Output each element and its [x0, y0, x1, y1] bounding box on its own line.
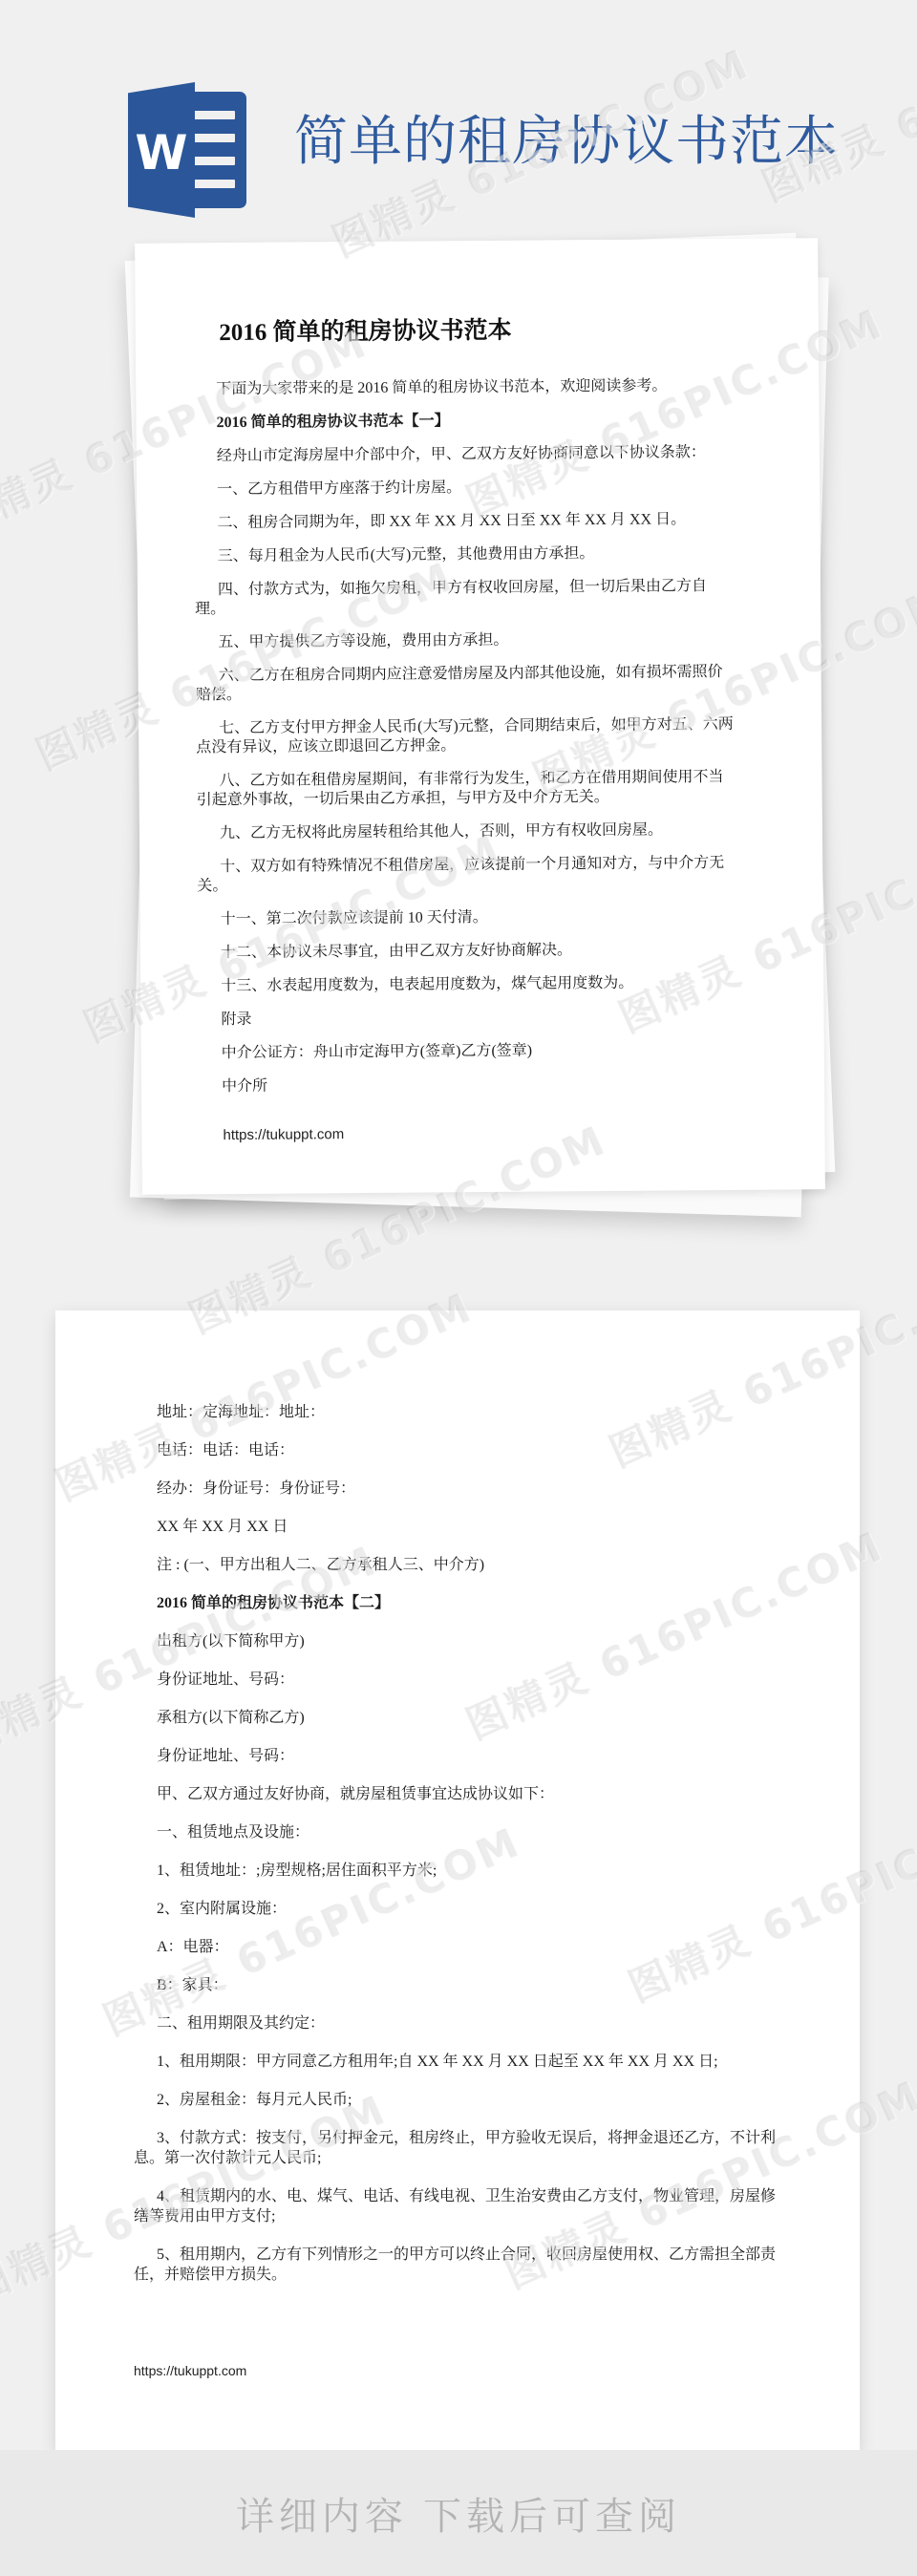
paragraph: 甲、乙双方通过友好协商，就房屋租赁事宜达成协议如下： — [134, 1784, 785, 1804]
paragraph: 下面为大家带来的是 2016 简单的租房协议书范本，欢迎阅读参考。 — [193, 376, 733, 399]
page-footer-url: https://tukuppt.com — [134, 2363, 246, 2378]
paragraph: 十一、第二次付款应该提前 10 天付清。 — [198, 906, 737, 929]
paragraph: 一、租赁地点及设施： — [134, 1822, 785, 1842]
paragraph: 九、乙方无权将此房屋转租给其他人，否则，甲方有权收回房屋。 — [197, 820, 736, 843]
paragraph: 附录 — [198, 1007, 737, 1030]
word-flag-glyph: W — [128, 82, 195, 218]
paragraph: 中介所 — [199, 1074, 738, 1096]
paragraph: 出租方(以下简称甲方) — [134, 1631, 785, 1651]
page-title: 简单的租房协议书范本 — [294, 99, 839, 176]
paragraph: 二、租房合同期为年，即 XX 年 XX 月 XX 日至 XX 年 XX 月 XX… — [194, 510, 734, 533]
paragraph: 电话：电话：电话： — [134, 1440, 785, 1460]
word-doc-line — [191, 180, 235, 188]
document-stack: 2016 简单的租房协议书范本 下面为大家带来的是 2016 简单的租房协议书范… — [139, 241, 821, 1192]
document-page-1: 2016 简单的租房协议书范本 下面为大家带来的是 2016 简单的租房协议书范… — [135, 238, 825, 1195]
paragraph: 1、租用期限：甲方同意乙方租用年;自 XX 年 XX 月 XX 日起至 XX 年… — [134, 2052, 785, 2072]
paragraph: 十二、本协议未尽事宜，由甲乙双方友好协商解决。 — [198, 940, 737, 963]
paragraph: 中介公证方：舟山市定海甲方(签章)乙方(签章) — [199, 1040, 738, 1063]
document-page-2: 地址：定海地址：地址： 电话：电话：电话： 经办：身份证号：身份证号： XX 年… — [55, 1310, 860, 2450]
paragraph: 4、租赁期内的水、电、煤气、电话、有线电视、卫生治安费由乙方支付，物业管理，房屋… — [134, 2186, 785, 2226]
paragraph: B：家具： — [134, 1975, 785, 1995]
paragraph: 1、租赁地址：;房型规格;居住面积平方米; — [134, 1861, 785, 1881]
paragraph: 2、房屋租金：每月元人民币; — [134, 2090, 785, 2110]
paragraph: A：电器： — [134, 1937, 785, 1957]
paragraph: XX 年 XX 月 XX 日 — [134, 1517, 785, 1537]
paragraph: 经办：身份证号：身份证号： — [134, 1479, 785, 1499]
paragraph: 七、乙方支付甲方押金人民币(大写)元整，合同期结束后，如甲方对五、六两点没有异议… — [196, 715, 736, 757]
paragraph: 八、乙方如在租借房屋期间，有非常行为发生，和乙方在借用期间使用不当引起意外事故，… — [196, 768, 736, 810]
paragraph: 六、乙方在租房合同期内应注意爱惜房屋及内部其他设施，如有损坏需照价赔偿。 — [196, 663, 736, 705]
paragraph: 5、租用期内，乙方有下列情形之一的甲方可以终止合同，收回房屋使用权、乙方需担全部… — [134, 2245, 785, 2285]
paragraph: 3、付款方式：按支付，另付押金元，租房终止，甲方验收无误后，将押金退还乙方，不计… — [134, 2128, 785, 2168]
paragraph: 注 : (一、甲方出租人二、乙方承租人三、中介方) — [134, 1555, 785, 1575]
paragraph: 二、租用期限及其约定： — [134, 2013, 785, 2033]
paragraph: 四、付款方式为，如拖欠房租，甲方有权收回房屋，但一切后果由乙方自理。 — [195, 577, 735, 619]
paragraph: 十、双方如有特殊情况不租借房屋，应该提前一个月通知对方，与中介方无关。 — [197, 854, 736, 896]
bottom-bar: 详细内容 下载后可查阅 — [0, 2450, 917, 2576]
word-doc-line — [191, 134, 235, 142]
paragraph: 一、乙方租借甲方座落于约计房屋。 — [194, 477, 734, 500]
paragraph: 身份证地址、号码： — [134, 1746, 785, 1766]
paragraph: 经舟山市定海房屋中介部中介，甲、乙双方友好协商同意以下协议条款： — [194, 443, 734, 466]
paragraph: 身份证地址、号码： — [134, 1670, 785, 1690]
paragraph: 承租方(以下简称乙方) — [134, 1708, 785, 1728]
paragraph: 2016 简单的租房协议书范本【二】 — [134, 1593, 785, 1613]
paragraph: 三、每月租金为人民币(大写)元整，其他费用由方承担。 — [195, 543, 735, 566]
word-icon: W — [128, 76, 246, 224]
word-doc-line — [191, 157, 235, 165]
document-heading: 2016 简单的租房协议书范本 — [193, 309, 733, 348]
word-letter: W — [135, 123, 187, 177]
paragraph: 五、甲方提供乙方等设施，费用由方承担。 — [195, 629, 735, 652]
word-doc-line — [191, 111, 235, 119]
page-footer-url: https://tukuppt.com — [223, 1126, 344, 1143]
paragraph: 2、室内附属设施： — [134, 1899, 785, 1919]
bottom-note: 详细内容 下载后可查阅 — [236, 2486, 681, 2541]
paragraph: 2016 简单的租房协议书范本【一】 — [194, 410, 734, 433]
paragraph: 十三、水表起用度数为，电表起用度数为，煤气起用度数为。 — [198, 973, 737, 996]
paragraph: 地址：定海地址：地址： — [134, 1402, 785, 1422]
